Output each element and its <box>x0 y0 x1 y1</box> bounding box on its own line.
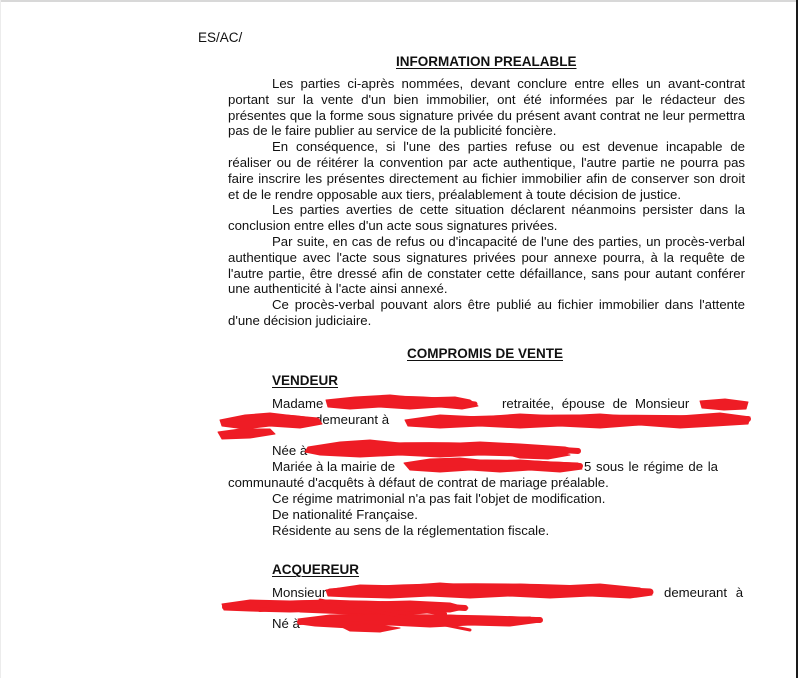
acquereur-address-label: demeurant à <box>664 585 743 600</box>
vendeur-nationality: De nationalité Française. <box>272 507 418 522</box>
vendeur-birth-label: Née à <box>272 443 307 458</box>
paragraph: Les parties ci-après nommées, devant con… <box>228 76 745 139</box>
acquereur-civility: Monsieur <box>272 585 326 600</box>
paragraph: Ce procès-verbal pouvant alors être publ… <box>228 297 745 329</box>
acquereur-birth-label: Né à <box>272 616 300 631</box>
vendeur-civility: Madame <box>272 396 323 411</box>
page-left-edge <box>0 0 1 678</box>
page-top-edge <box>0 0 798 2</box>
vendeur-regime-statement: Ce régime matrimonial n'a pas fait l'obj… <box>272 491 605 506</box>
paragraph: Par suite, en cas de refus ou d'incapaci… <box>228 234 745 297</box>
vendeur-marriage-label: Mariée à la mairie de <box>272 459 395 474</box>
vendeur-marriage-continuation: communauté d'acquêts à défaut de contrat… <box>228 475 609 490</box>
vendeur-occupation: retraitée, épouse de Monsieur <box>502 396 689 411</box>
information-prealable-body: Les parties ci-après nommées, devant con… <box>228 76 745 329</box>
paragraph: En conséquence, si l'une des parties ref… <box>228 139 745 202</box>
paragraph: Les parties averties de cette situation … <box>228 202 745 234</box>
vendeur-address-label: demeurant à <box>315 412 389 427</box>
section-title-compromis-de-vente: COMPROMIS DE VENTE <box>407 346 563 361</box>
document-reference: ES/AC/ <box>198 30 242 45</box>
subsection-title-vendeur: VENDEUR <box>272 373 338 388</box>
vendeur-fiscal-residence: Résidente au sens de la réglementation f… <box>272 523 549 538</box>
vendeur-marriage-regime: 5 sous le régime de la <box>584 459 718 474</box>
subsection-title-acquereur: ACQUEREUR <box>272 562 359 577</box>
section-title-information-prealable: INFORMATION PREALABLE <box>396 54 577 69</box>
